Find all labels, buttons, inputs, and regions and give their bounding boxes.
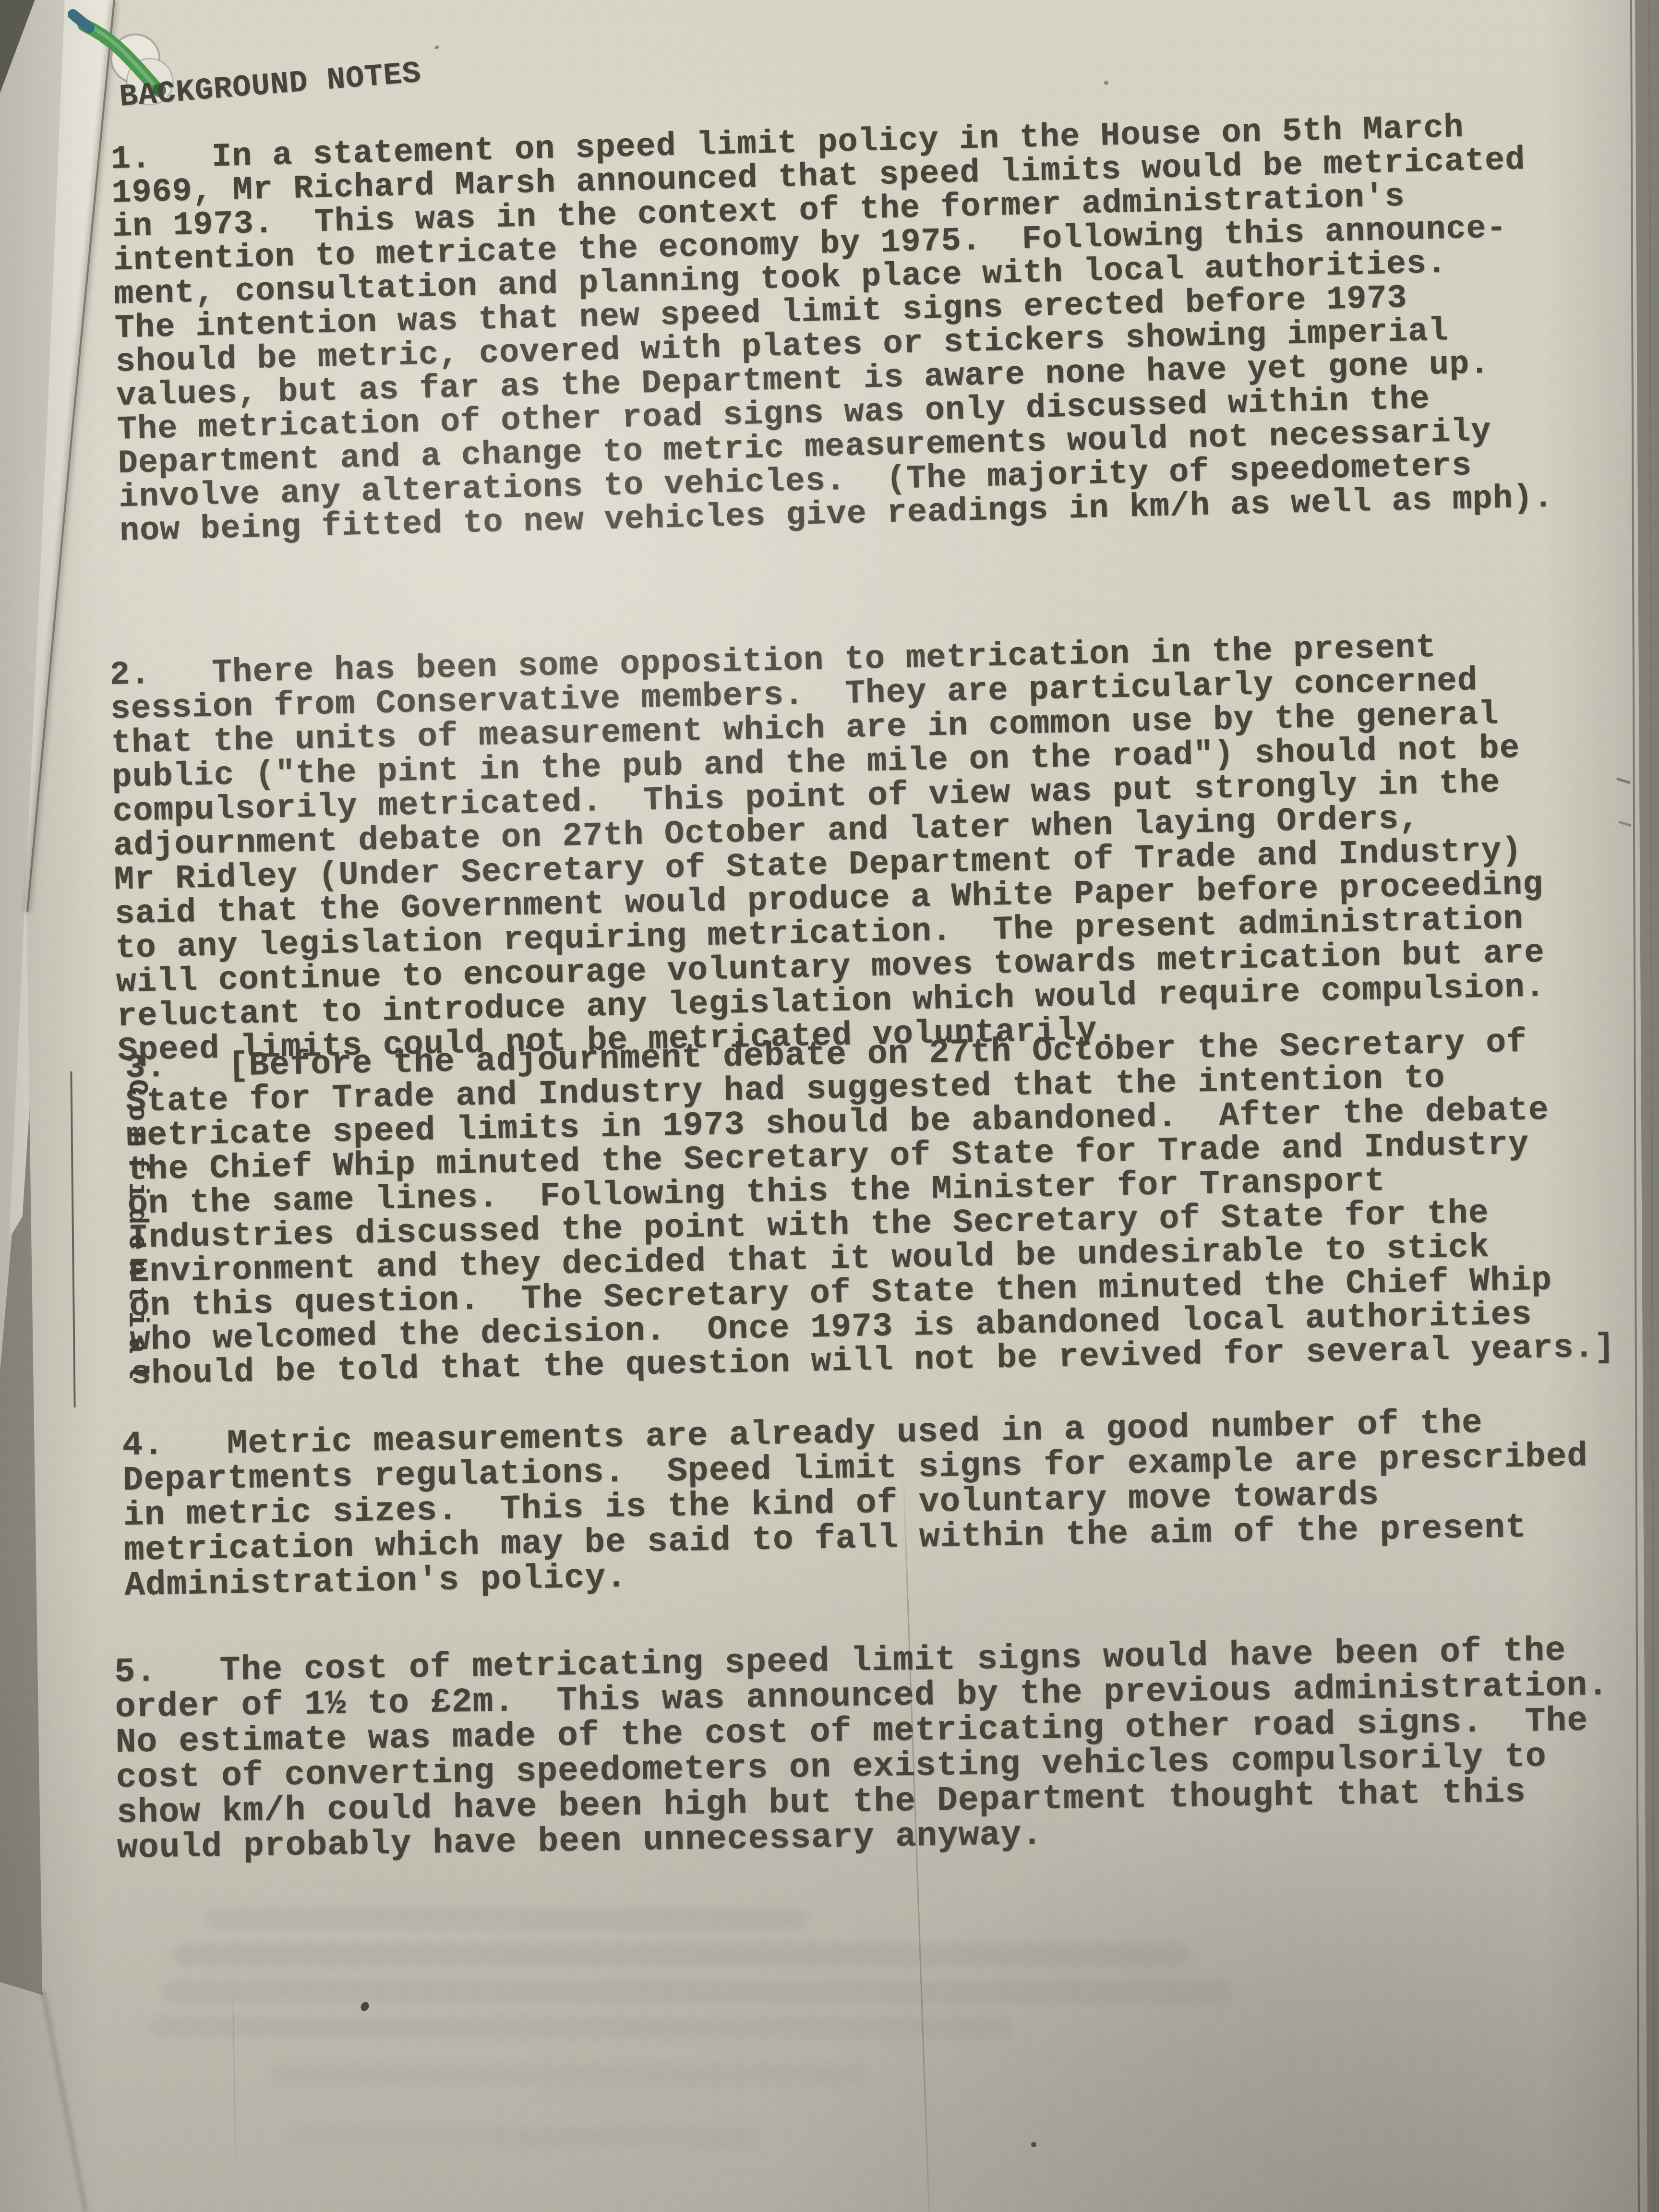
- paragraph-4: 4. Metric measurements are already used …: [122, 1404, 1590, 1604]
- paragraph-2: 2. There has been some opposition to met…: [109, 629, 1546, 1069]
- bleed-through-text: [288, 2127, 758, 2146]
- bleed-through-text: [173, 1943, 1190, 1967]
- bleed-through-text: [149, 2016, 1013, 2038]
- paragraph-3: 3. [Before the adjournment debate on 27t…: [125, 1024, 1615, 1392]
- confidential-stamp: Confidential: [122, 1079, 153, 1389]
- right-sheet-edge: [1649, 0, 1654, 2212]
- paragraph-1: 1. In a statement on speed limit policy …: [110, 109, 1554, 549]
- ink-speck: [1031, 2142, 1036, 2147]
- bleed-through-text: [163, 1980, 1234, 2003]
- paragraph-5: 5. The cost of metricating speed limit s…: [114, 1633, 1611, 1866]
- bleed-through-text: [206, 1908, 806, 1930]
- scanned-document-photo: BACKGROUND NOTES 1. In a statement on sp…: [0, 0, 1659, 2212]
- bleed-through-text: [269, 2064, 869, 2085]
- ink-speck: [1104, 81, 1108, 85]
